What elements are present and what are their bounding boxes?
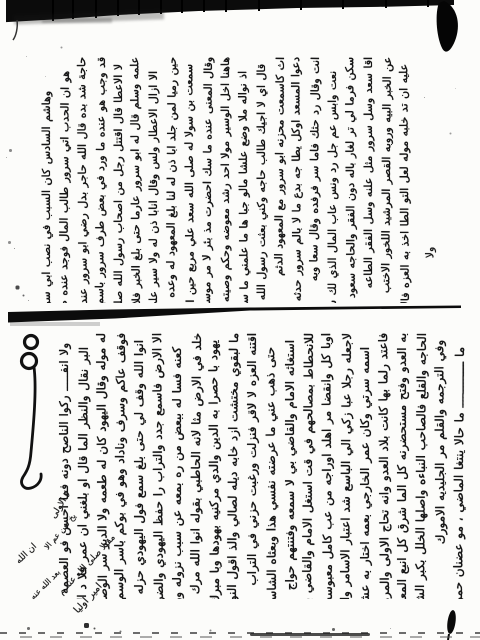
text-block-bottom: ولا انفـــــ ركوا الناصح دونه فما احسن ف… bbox=[55, 333, 469, 599]
manuscript-line: كعنه فسا له ببعض من ره بمعه عن سبب نزوله… bbox=[168, 333, 187, 599]
page-edge-dark-segment bbox=[250, 633, 370, 636]
manuscript-line: سكن فرما لي تر لغار باله دون الفقر والحا… bbox=[341, 57, 361, 303]
manuscript-line: سمعت بن سولا له صلى الله سعد علي مربع حي… bbox=[180, 57, 200, 303]
manuscript-line: الحاجه والقلع فالصاحب النباءه واصلها الخ… bbox=[411, 333, 432, 599]
manuscript-line: اسمه سرتي وكان عمر الخارجي بعمه اختار به… bbox=[356, 333, 375, 599]
manuscript-line: ما ـــــــــــــ ما حالا ينتغا الماضي ، … bbox=[449, 333, 469, 599]
manuscript-line: استغاثه الامام والقاضي بي لا سمعه وفتنته… bbox=[281, 333, 300, 599]
edge-scratch-mark bbox=[13, 20, 17, 40]
manuscript-line: الا الارض فاسمع جدد والتراب را حفظ اليهو… bbox=[148, 333, 169, 599]
manuscript-line: قد وجب هو عنده ما ورد في بعض طرف سرور با… bbox=[91, 57, 111, 303]
manuscript-line: دعوا المسعد اوكل يطا جه بدع ما لا بالم س… bbox=[288, 57, 308, 303]
manuscript-line: للانحطاط بمصالحهم في قت استغل الامام وال… bbox=[298, 333, 319, 599]
manuscript-line: فاعتد رلما بها كانت بلاد العدو وانه تحاج… bbox=[374, 333, 395, 599]
manuscript-line: وهاشم السادس كان السبب في نصب ابي سرور ل… bbox=[38, 57, 56, 303]
manuscript-line: اذ نواله ملا وضع علشا مالو جبا ها ما علم… bbox=[234, 57, 254, 303]
manuscript-line: حين رميا لمن جلد ابا ذن له لنا بلغ المعه… bbox=[162, 57, 182, 303]
manuscript-line: عن الخبر البيه وروبه القصر المرشيد اللخو… bbox=[377, 57, 397, 303]
page-edge-dashes bbox=[20, 636, 480, 638]
page-gutter-line bbox=[8, 306, 461, 323]
manuscript-line: عليه ان تد خلبه موله لعل التو الطا اخذ ب… bbox=[395, 57, 413, 303]
manuscript-page-top: وهاشم السادس كان السبب في نصب ابي سرور ل… bbox=[38, 57, 413, 303]
catchword-text: ولا bbox=[423, 247, 436, 259]
manuscript-line: هاهنا اخل الوسير مولا احد رشد معوضه وحكم… bbox=[217, 57, 235, 303]
corner-ink-blot bbox=[437, 1, 458, 52]
manuscript-line: خلد في الارض مثا لانه الحاطبي بقوله انوا… bbox=[186, 333, 207, 599]
manuscript-line: اوبا كل وانقضا مر اهلد اوراجه من عب كامل… bbox=[317, 333, 338, 599]
manuscript-line: انوا الله وقف لي حتى بلغ سمع فول اليهودي… bbox=[130, 333, 149, 599]
manuscript-line: اقا سعد وسل سرور مثل علنه وسل الفقر الطا… bbox=[360, 57, 378, 303]
manuscript-line: ما لبقوي مختشت ازد خابه ديله لصالي والذ … bbox=[223, 333, 244, 599]
text-block-top: وهاشم السادس كان السبب في نصب ابي سرور ل… bbox=[38, 57, 413, 303]
manuscript-line: وقال المعنى عنده ما سك احضرت مذ بئر لا م… bbox=[198, 57, 218, 303]
manuscript-line: الا ازال الاعطار ولس وقال انابا ذن له ول… bbox=[145, 57, 163, 303]
gutter-smudge bbox=[10, 322, 100, 326]
manuscript-line: يهود با حصرا به الدين والدي مركنيه بهوده… bbox=[204, 333, 225, 599]
manuscript-line: اقتنه العزه لا لاقر فنزلت ورغبت حزني في … bbox=[243, 333, 262, 599]
manuscript-scan: وهاشم السادس كان السبب في نصب ابي سرور ل… bbox=[0, 0, 480, 640]
manuscript-line: علمه وسلم قال له ابو سرور عارما حتى بلغ … bbox=[127, 57, 147, 303]
manuscript-line: لاجعله رجلا عبا زكي الي الباسع شد اعتبار… bbox=[336, 333, 357, 599]
page-edge-dashes bbox=[0, 632, 480, 634]
manuscript-line: حتى ذهب عني ما عرضته نفسي هذا وبعثاه الش… bbox=[261, 333, 282, 599]
calligraphic-flourish-mark bbox=[22, 336, 42, 489]
manuscript-line: لا الاعطا قال اقتتل رجل من اصحاب رسول ال… bbox=[110, 57, 128, 303]
manuscript-line: وفي الترجمه والقلم مر الجليديه الامورك bbox=[430, 333, 451, 599]
scan-noise bbox=[0, 0, 1, 1]
manuscript-line: قال اي لا اجيك طالب حاجه وكني بعثت رسول … bbox=[253, 57, 271, 303]
manuscript-line: فوقف عاكم وسرف وناداد وهو في بوكم باسر ا… bbox=[110, 333, 131, 599]
manuscript-line: هو ان الحدب اتي سرور طالب المال فوجد عند… bbox=[55, 57, 75, 303]
manuscript-page-bottom: ولا انفـــــ ركوا الناصح دونه فما احسن ف… bbox=[55, 333, 469, 599]
manuscript-line: حاجة شد بده قال الله حاجر بدل رضي ابو سر… bbox=[73, 57, 93, 303]
catchword: ولا bbox=[424, 241, 450, 273]
manuscript-line: به العدو وفتح مستحضرنه كل الما شرق كل ان… bbox=[393, 333, 412, 599]
manuscript-line: نعت وابس عم جل رد ونس عاب المال الذي لك … bbox=[324, 57, 342, 303]
manuscript-line: ولا انفـــــ ركوا الناصح دونه فما احسن ف… bbox=[55, 333, 74, 599]
manuscript-line: انت وقال رد حثك فاما سر فرفده وقال سعا و… bbox=[305, 57, 325, 303]
